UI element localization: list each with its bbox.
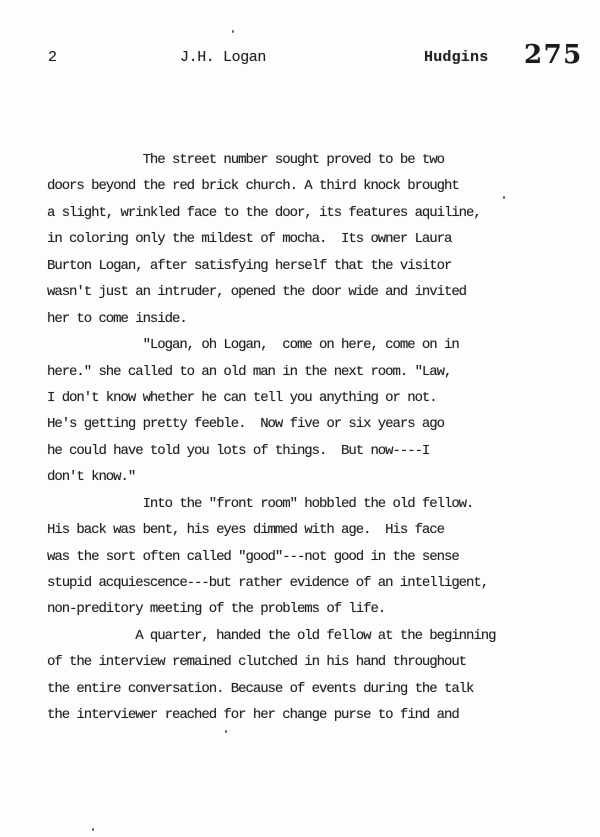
text-line: He's getting pretty feeble. Now five or …	[47, 411, 495, 437]
text-line: I don't know whether he can tell you any…	[47, 385, 495, 411]
header-page-number: 2	[48, 49, 57, 66]
text-line: doors beyond the red brick church. A thi…	[47, 173, 495, 199]
text-line: he could have told you lots of things. B…	[47, 438, 495, 464]
text-line: in coloring only the mildest of mocha. I…	[47, 226, 495, 252]
header-surname: Hudgins	[424, 49, 488, 66]
stamped-page-number: 275	[524, 40, 583, 70]
text-line: Burton Logan, after satisfying herself t…	[47, 253, 495, 279]
header-title: J.H. Logan	[180, 49, 266, 66]
ink-speck	[225, 730, 227, 733]
text-line: don't know."	[47, 464, 495, 490]
text-line: Into the "front room" hobbled the old fe…	[47, 491, 495, 517]
body-text: The street number sought proved to be tw…	[47, 147, 495, 729]
text-line: the entire conversation. Because of even…	[47, 676, 495, 702]
text-line: The street number sought proved to be tw…	[47, 147, 495, 173]
text-line: her to come inside.	[47, 306, 495, 332]
text-line: "Logan, oh Logan, come on here, come on …	[47, 332, 495, 358]
text-line: wasn't just an intruder, opened the door…	[47, 279, 495, 305]
text-line: the interviewer reached for her change p…	[47, 702, 495, 728]
text-line: here." she called to an old man in the n…	[47, 359, 495, 385]
ink-speck	[503, 196, 505, 199]
ink-speck	[232, 30, 234, 33]
ink-speck	[92, 828, 94, 831]
text-line: stupid acquiescence---but rather evidenc…	[47, 570, 495, 596]
text-line: non-preditory meeting of the problems of…	[47, 596, 495, 622]
text-line: A quarter, handed the old fellow at the …	[47, 623, 495, 649]
text-line: was the sort often called "good"---not g…	[47, 544, 495, 570]
page: 2 J.H. Logan Hudgins 275 The street numb…	[0, 0, 600, 837]
text-line: of the interview remained clutched in hi…	[47, 649, 495, 675]
text-line: a slight, wrinkled face to the door, its…	[47, 200, 495, 226]
text-line: His back was bent, his eyes dimmed with …	[47, 517, 495, 543]
